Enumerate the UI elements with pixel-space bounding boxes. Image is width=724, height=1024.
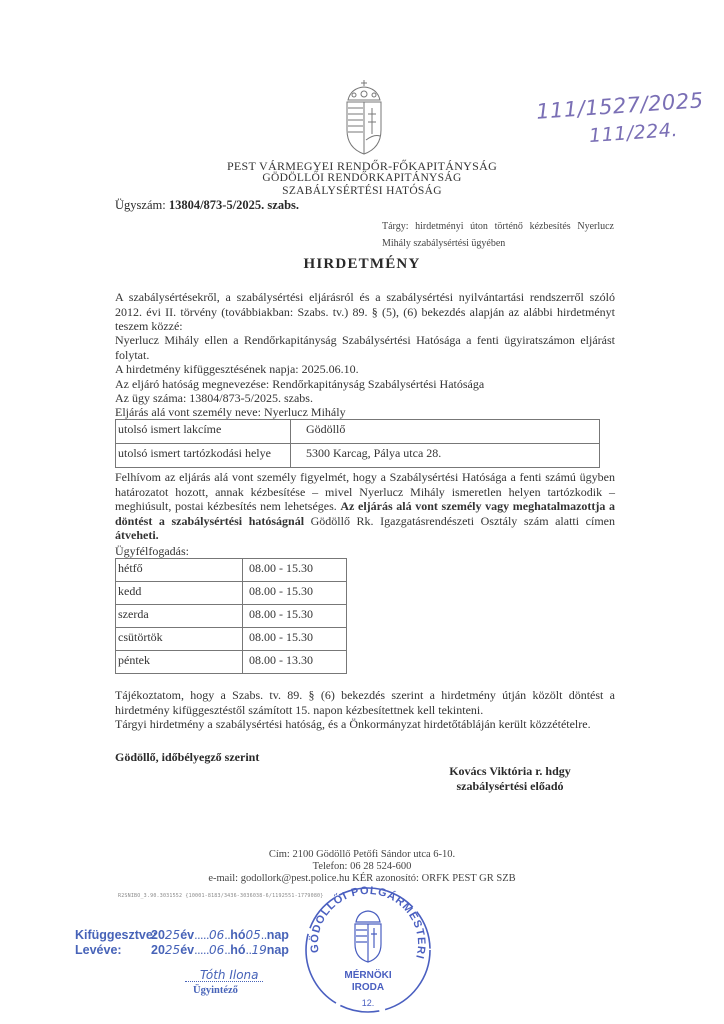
hungarian-coat-of-arms-icon (339, 78, 389, 156)
day-word: nap (267, 943, 289, 957)
clerk-signature: Tóth Ilona (200, 968, 259, 982)
month-word: hó (230, 943, 245, 957)
hours: 08.00 - 15.30 (243, 582, 347, 605)
case-number-line: Az ügy száma: 13804/873-5/2025. szabs. (115, 391, 615, 406)
address-row: utolsó ismert tartózkodási helye5300 Kar… (116, 444, 600, 468)
weekday: péntek (116, 651, 243, 674)
case-number: Ügyszám: 13804/873-5/2025. szabs. (115, 198, 299, 213)
year-word: év (180, 943, 194, 957)
stamp-ring-text: GÖDÖLLŐI POLGÁRMESTERI HIVATAL (300, 880, 427, 961)
weekday: csütörtök (116, 628, 243, 651)
authority-name: Az eljáró hatóság megnevezése: Rendőrkap… (115, 377, 615, 392)
person-name-line: Eljárás alá vont személy neve: Nyerlucz … (115, 405, 615, 420)
posting-date: A hirdetmény kifüggesztésének napja: 202… (115, 362, 615, 377)
office-hours-row: szerda08.00 - 15.30 (116, 605, 347, 628)
weekday: kedd (116, 582, 243, 605)
address-row: utolsó ismert lakcímeGödöllő (116, 420, 600, 444)
stamp-coat-of-arms-icon (355, 911, 381, 962)
clerk-label: Ügyintéző (193, 985, 238, 996)
address-value: 5300 Karcag, Pálya utca 28. (291, 444, 600, 468)
footer-address: Cím: 2100 Gödöllő Petőfi Sándor utca 6-1… (0, 849, 724, 860)
weekday: szerda (116, 605, 243, 628)
removed-day-hand: 19 (251, 943, 266, 957)
day-word: nap (267, 928, 289, 942)
hours: 08.00 - 15.30 (243, 628, 347, 651)
weekday: hétfő (116, 559, 243, 582)
stamp-number: 12. (362, 998, 375, 1008)
office-hours-row: csütörtök08.00 - 15.30 (116, 628, 347, 651)
stamp-center-line2: IRODA (352, 982, 384, 993)
paragraph-notice: Felhívom az eljárás alá vont személy fig… (115, 470, 615, 543)
removed-month-hand: 06 (209, 943, 224, 957)
paragraph-delivery-info: Tájékoztatom, hogy a Szabs. tv. 89. § (6… (115, 688, 615, 717)
signer-name: Kovács Viktória r. hdgy (400, 764, 620, 779)
signature-line (185, 981, 263, 982)
document-page: 111/1527/2025 111/224. PEST VÁRMEGYEI RE… (0, 0, 724, 1024)
paragraph-publication: Tárgyi hirdetmény a szabálysértési hatós… (115, 717, 615, 732)
paragraph-proceeding: Nyerlucz Mihály ellen a Rendőrkapitánysá… (115, 333, 615, 362)
hours: 08.00 - 15.30 (243, 605, 347, 628)
signer-title: szabálysértési előadó (400, 779, 620, 794)
subject-line: Tárgy: hirdetményi úton történő kézbesít… (382, 218, 614, 252)
case-number-label: Ügyszám: (115, 198, 169, 212)
month-word: hó (230, 928, 245, 942)
removed-date-line: Levéve:2025év.....06..hó..19nap (75, 943, 289, 957)
handwritten-reference-subnumber: 111/224. (588, 119, 678, 147)
svg-text:GÖDÖLLŐI POLGÁRMESTERI HIVATAL: GÖDÖLLŐI POLGÁRMESTERI HIVATAL (300, 880, 427, 961)
removed-year-prefix: 20 (151, 943, 165, 957)
office-hours-table: hétfő08.00 - 15.30kedd08.00 - 15.30szerd… (115, 558, 347, 674)
posted-day-hand: 05 (245, 928, 260, 942)
document-title: HIRDETMÉNY (0, 256, 724, 273)
posted-label: Kifüggesztve: (75, 928, 151, 942)
address-label: utolsó ismert lakcíme (116, 420, 291, 444)
org-name-line3: SZABÁLYSÉRTÉSI HATÓSÁG (0, 185, 724, 197)
removed-label: Levéve: (75, 943, 151, 957)
office-round-stamp: GÖDÖLLŐI POLGÁRMESTERI HIVATAL MÉRNÖKI I… (300, 880, 436, 1016)
place-and-date: Gödöllő, időbélyegző szerint (115, 750, 259, 765)
removed-year-hand: 25 (165, 943, 180, 957)
posted-year-hand: 25 (165, 928, 180, 942)
address-label: utolsó ismert tartózkodási helye (116, 444, 291, 468)
hours: 08.00 - 13.30 (243, 651, 347, 674)
office-hours-row: hétfő08.00 - 15.30 (116, 559, 347, 582)
paragraph-legal-basis: A szabálysértésekről, a szabálysértési e… (115, 290, 615, 334)
stamp-center-line1: MÉRNÖKI (344, 968, 391, 981)
posted-year-prefix: 20 (151, 928, 165, 942)
org-name-line2: GÖDÖLLŐI RENDŐRKAPITÁNYSÁG (0, 172, 724, 184)
posted-date-line: Kifüggesztve:2025év.....06..hó05..nap (75, 928, 289, 942)
document-tracking-code: R2SNIBO_3.90.3031552 {10001-8183/3436-30… (118, 893, 323, 899)
posted-month-hand: 06 (209, 928, 224, 942)
notice-collect-text: átveheti. (115, 528, 159, 542)
notice-location-text: Gödöllő Rk. Igazgatásrendészeti Osztály … (304, 514, 615, 528)
address-table: utolsó ismert lakcímeGödöllőutolsó ismer… (115, 419, 600, 468)
year-word: év (180, 928, 194, 942)
office-hours-row: kedd08.00 - 15.30 (116, 582, 347, 605)
address-value: Gödöllő (291, 420, 600, 444)
office-hours-row: péntek08.00 - 13.30 (116, 651, 347, 674)
hours: 08.00 - 15.30 (243, 559, 347, 582)
footer-phone: Telefon: 06 28 524-600 (0, 861, 724, 872)
case-number-value: 13804/873-5/2025. szabs. (169, 198, 299, 212)
handwritten-reference-number: 111/1527/2025 (535, 88, 704, 124)
office-hours-heading: Ügyfélfogadás: (115, 544, 615, 559)
